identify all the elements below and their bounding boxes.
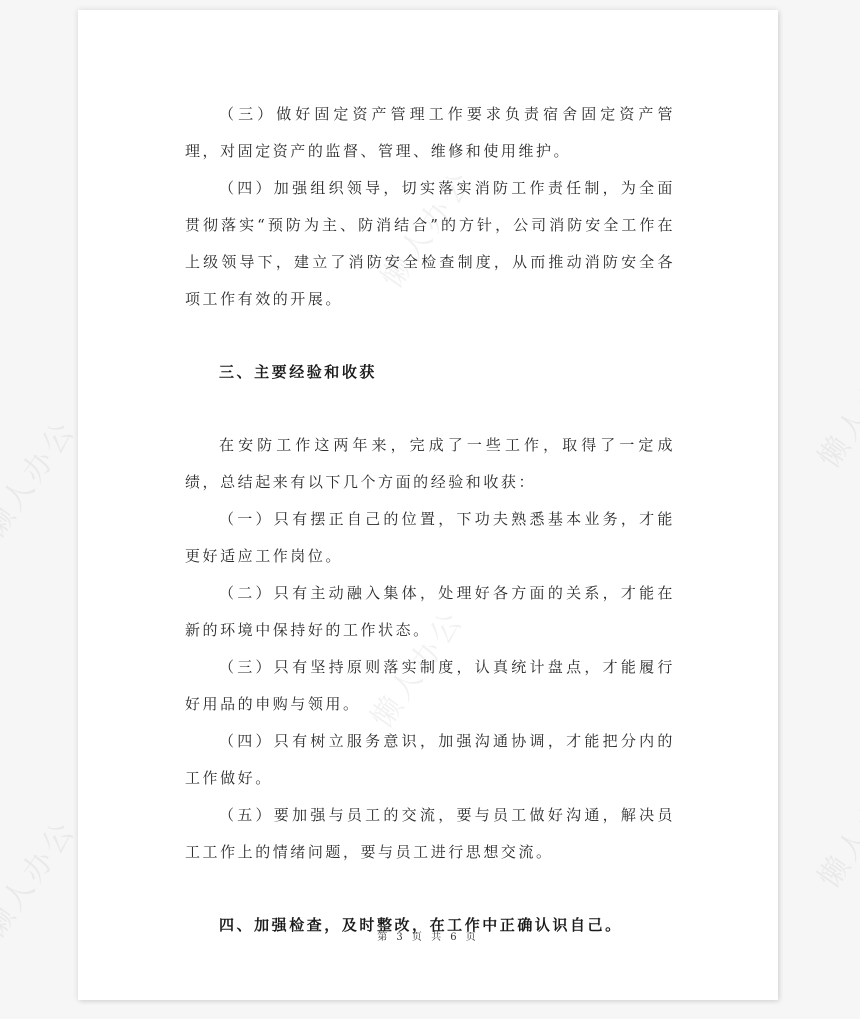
watermark: 懒人办公	[805, 339, 860, 476]
list-item: （二）只有主动融入集体，处理好各方面的关系，才能在新的环境中保持好的工作状态。	[185, 575, 675, 649]
paragraph: （四）加强组织领导，切实落实消防工作责任制，为全面贯彻落实“预防为主、防消结合”…	[185, 170, 675, 318]
watermark: 懒人办公	[0, 809, 84, 946]
list-item: （一）只有摆正自己的位置，下功夫熟悉基本业务，才能更好适应工作岗位。	[185, 501, 675, 575]
watermark: 懒人办公	[0, 409, 84, 546]
document-body: （三）做好固定资产管理工作要求负责宿舍固定资产管理，对固定资产的监督、管理、维修…	[185, 96, 675, 944]
document-page: 懒人办公 懒人办公 （三）做好固定资产管理工作要求负责宿舍固定资产管理，对固定资…	[78, 10, 778, 1000]
page-number-footer: 第 3 页 共 6 页	[78, 928, 778, 943]
list-item: （五）要加强与员工的交流，要与员工做好沟通，解决员工工作上的情绪问题，要与员工进…	[185, 797, 675, 871]
paragraph: 在安防工作这两年来，完成了一些工作，取得了一定成绩，总结起来有以下几个方面的经验…	[185, 427, 675, 501]
list-item: （四）只有树立服务意识，加强沟通协调，才能把分内的工作做好。	[185, 723, 675, 797]
section-heading: 三、主要经验和收获	[185, 354, 675, 391]
list-item: （三）只有坚持原则落实制度，认真统计盘点，才能履行好用品的申购与领用。	[185, 649, 675, 723]
paragraph: （三）做好固定资产管理工作要求负责宿舍固定资产管理，对固定资产的监督、管理、维修…	[185, 96, 675, 170]
watermark: 懒人办公	[805, 759, 860, 896]
